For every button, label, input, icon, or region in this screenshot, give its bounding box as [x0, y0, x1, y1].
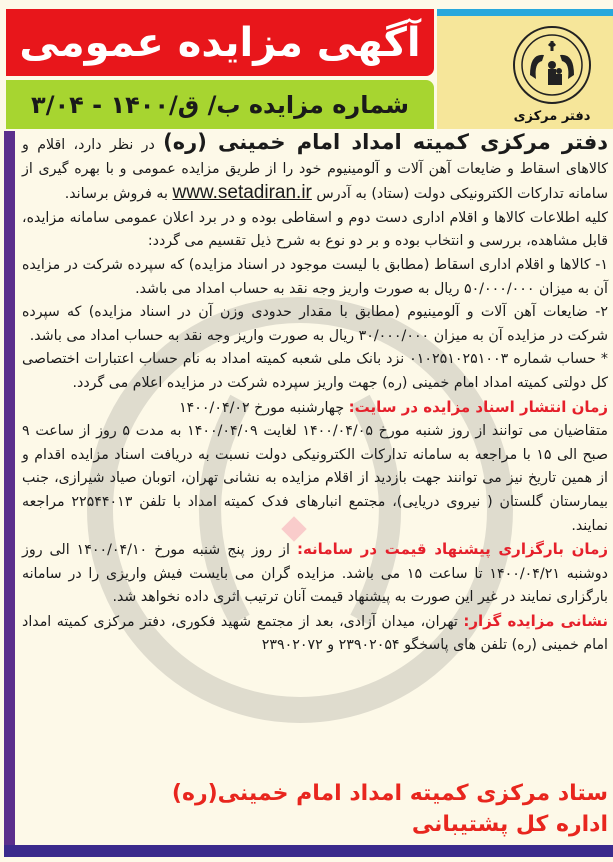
auction-number: شماره مزایده ب/ ق/۱۴۰۰ - ۳/۰۴ [31, 91, 409, 119]
applicants-instructions: متقاضیان می توانند از روز شنبه مورخ ۱۴۰۰… [22, 420, 608, 538]
upload-time-label: زمان بارگزاری پیشنهاد قیمت در سامانه: [297, 540, 608, 558]
title-banner: آگهی مزایده عمومی [6, 9, 434, 76]
intro-text-2: به فروش برساند. [65, 186, 173, 202]
auction-number-banner: شماره مزایده ب/ ق/۱۴۰۰ - ۳/۰۴ [6, 80, 434, 129]
signature-line-2: اداره کل پشتیبانی [22, 809, 608, 840]
frame-left-border [4, 131, 15, 845]
signature-line-1: ستاد مرکزی کمیته امداد امام خمینی(ره) [22, 778, 608, 809]
frame-bottom-border [4, 845, 613, 857]
logo-top-strip [437, 9, 613, 16]
auction-notice: آگهی مزایده عمومی شماره مزایده ب/ ق/۱۴۰۰… [0, 0, 613, 862]
notice-body: دفتر مرکزی کمیته امداد امام خمینی (ره) د… [22, 131, 608, 658]
intro-headline: دفتر مرکزی کمیته امداد امام خمینی (ره) [163, 130, 608, 154]
account-note: * حساب شماره ۰۱۰۲۵۱۰۲۵۱۰۰۳ نزد بانک ملی … [22, 348, 608, 395]
address-label: نشانی مزایده گزار: [463, 612, 608, 630]
logo-caption: دفتر مرکزی [507, 109, 597, 124]
notice-title: آگهی مزایده عمومی [19, 20, 420, 66]
item-1: ۱- کالاها و اقلام اداری اسقاط (مطابق با … [22, 254, 608, 301]
auctioneer-address: نشانی مزایده گزار: تهران، میدان آزادی، ب… [22, 610, 608, 658]
publish-time-value: چهارشنبه مورخ ۱۴۰۰/۰۴/۰۲ [179, 400, 349, 416]
goods-description: کلیه اطلاعات کالاها و اقلام اداری دست دو… [22, 207, 608, 254]
item-2: ۲- ضایعات آهن آلات و آلومینیوم (مطابق با… [22, 301, 608, 348]
website-link[interactable]: www.setadiran.ir [172, 182, 311, 203]
publish-time-label: زمان انتشار اسناد مزایده در سایت: [349, 398, 608, 416]
relief-committee-emblem-icon [512, 25, 592, 105]
signature-block: ستاد مرکزی کمیته امداد امام خمینی(ره) اد… [22, 778, 608, 840]
intro-paragraph: دفتر مرکزی کمیته امداد امام خمینی (ره) د… [22, 131, 608, 207]
logo-panel: دفتر مرکزی [437, 9, 613, 129]
publish-time: زمان انتشار اسناد مزایده در سایت: چهارشن… [22, 396, 608, 421]
upload-time: زمان بارگزاری پیشنهاد قیمت در سامانه: از… [22, 538, 608, 610]
